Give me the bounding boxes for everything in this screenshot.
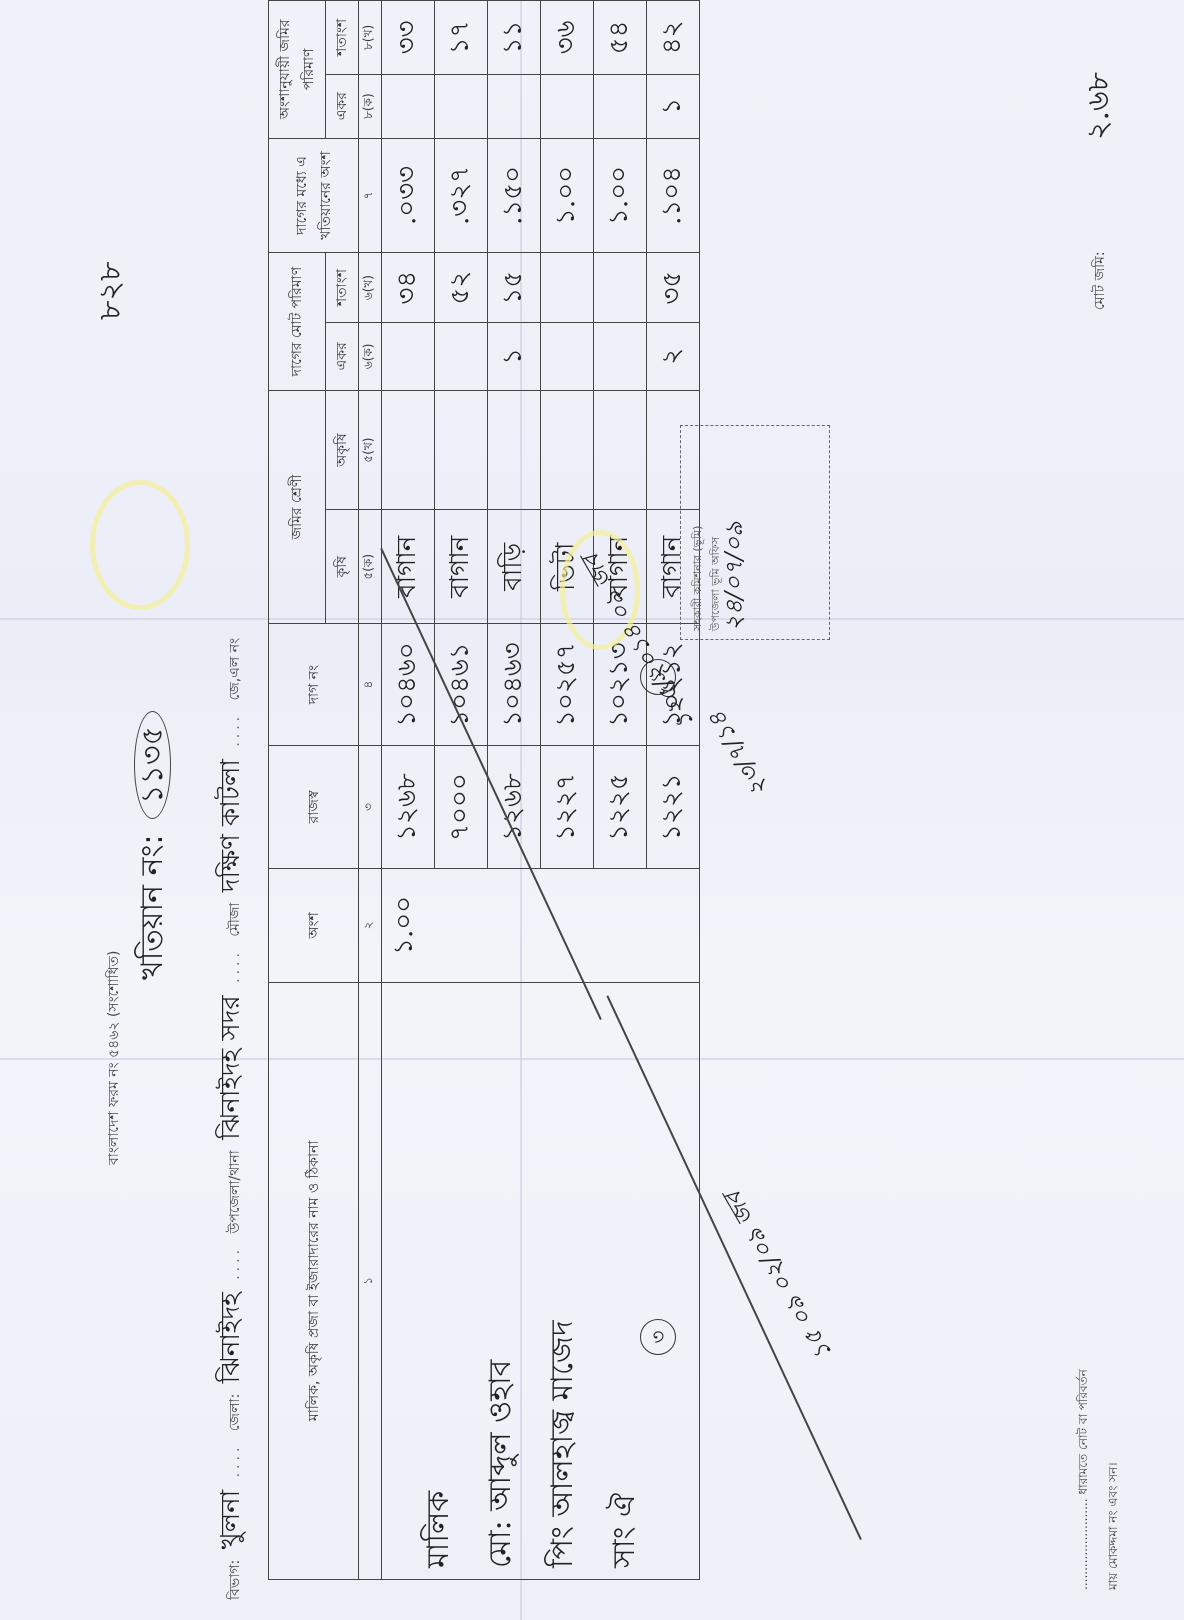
cell-shatak	[541, 253, 594, 322]
cell-portion: .০৩৩	[382, 138, 435, 253]
district-label: জেলা:	[227, 1394, 243, 1431]
header-acre-2: একর	[326, 74, 359, 138]
cell-revenue: ১২২৭	[541, 745, 594, 868]
cell-acre: ১	[488, 322, 541, 390]
cell-portion: .১৫০	[488, 138, 541, 253]
stamp-line: সহকারী কমিশনার (ভূমি)	[689, 434, 707, 631]
share-cell: ১.০০	[382, 869, 700, 982]
handwritten-note: ১৫ ০৯ ০২/০৯ জব	[715, 1182, 845, 1367]
circled-number: ৩	[640, 1319, 676, 1355]
total-label: মোট জমি:	[1088, 251, 1112, 310]
header-acre: একর	[326, 322, 359, 390]
location-line: বিভাগ: খুলনা .... জেলা: ঝিনাইদহ .... উপজ…	[210, 0, 254, 1600]
col-num: ৬(খ)	[359, 253, 382, 322]
cell-revenue: ১২৬৮	[382, 745, 435, 868]
owner-line: মো: আব্দুল ওহাব	[470, 1320, 532, 1568]
cell-akrishi	[488, 390, 541, 510]
cell-shatak: ১৫	[488, 253, 541, 322]
cell-shatak2: ৫৪	[594, 1, 647, 75]
header-portion: দাগের মধ্যে এ খতিয়ানের অংশ	[269, 138, 359, 253]
khatian-label: খতিয়ান নং:	[135, 834, 170, 980]
header-share-land: অংশানুযায়ী জমির পরিমাণ	[269, 1, 326, 139]
cell-revenue: ১২২৫	[594, 745, 647, 868]
cell-portion: .৩২৭	[435, 138, 488, 253]
header-share: অংশ	[269, 869, 359, 982]
cell-akrishi	[382, 390, 435, 510]
cell-shatak2: ১১	[488, 1, 541, 75]
cell-acre	[435, 322, 488, 390]
header-shatak: শতাংশ	[326, 253, 359, 322]
cell-acre2: ১	[647, 74, 700, 138]
cell-shatak: ৩৫	[647, 253, 700, 322]
col-num: ৫(ক)	[359, 510, 382, 624]
col-num: ৩	[359, 745, 382, 868]
cell-portion: ১.০০	[594, 138, 647, 253]
khatian-number: ১১৩৫	[134, 711, 171, 819]
cell-acre	[382, 322, 435, 390]
cell-portion: ১.০০	[541, 138, 594, 253]
cell-class: বাড়ি	[488, 510, 541, 624]
handwritten-note: ২৩/৭/১৪	[699, 702, 781, 804]
col-num: ১	[359, 982, 382, 1579]
header-akrishi: অকৃষি	[326, 390, 359, 510]
header-plot-total: দাগের মোট পরিমাণ	[269, 253, 326, 390]
col-num: ৪	[359, 624, 382, 746]
owner-details: মালিক মো: আব্দুল ওহাব পিং আলহাজ্ব মাজেদ …	[408, 1320, 656, 1568]
header-land-class: জমির শ্রেণী	[269, 390, 326, 623]
cell-shatak2: ৩৩	[382, 1, 435, 75]
header-revenue: রাজস্ব	[269, 745, 359, 868]
col-num: ৮(ক)	[359, 74, 382, 138]
cell-acre	[541, 322, 594, 390]
col-num: ৭	[359, 138, 382, 253]
cell-acre2	[382, 74, 435, 138]
office-stamp: সহকারী কমিশনার (ভূমি) উপজেলা ভূমি অফিস ২…	[680, 425, 830, 640]
cell-class: বাগান	[435, 510, 488, 624]
header-krishi: কৃষি	[326, 510, 359, 624]
cell-revenue: ১২২১	[647, 745, 700, 868]
khatian-document: বাংলাদেশ ফরম নং ৫৪৬২ (সংশোধিত) খতিয়ান ন…	[0, 0, 1184, 1620]
owner-line: মালিক	[408, 1320, 470, 1568]
cell-revenue: ৭০০০	[435, 745, 488, 868]
cell-shatak	[594, 253, 647, 322]
division-label: বিভাগ:	[227, 1560, 243, 1600]
cell-akrishi	[594, 390, 647, 510]
jl-label: জে,এল নং	[227, 638, 243, 701]
header-owner: মালিক, অকৃষি প্রজা বা ইজারাদারের নাম ও ঠ…	[269, 982, 359, 1579]
khatian-title: খতিয়ান নং: ১১৩৫	[128, 711, 179, 980]
footer-note: ........................ ধারামতে নোট বা …	[1075, 1369, 1095, 1590]
circled-number: ১	[640, 659, 676, 695]
cell-akrishi	[541, 390, 594, 510]
footer-note: মায় মোকদ্দমা নং এবং সন।	[1105, 1462, 1125, 1590]
cell-akrishi	[435, 390, 488, 510]
district-value: ঝিনাইদহ	[216, 1292, 246, 1383]
cell-shatak: ৫২	[435, 253, 488, 322]
column-number-row: ১ ২ ৩ ৪ ৫(ক) ৫(খ) ৬(ক) ৬(খ) ৭ ৮(ক) ৮(খ)	[359, 1, 382, 1580]
col-num: ৫(খ)	[359, 390, 382, 510]
sheet-number: ৮২৮	[86, 262, 137, 320]
stamp-signature: ২৪/০৭/০৯	[725, 434, 743, 631]
owner-line: সাং ঐ	[594, 1320, 656, 1568]
cell-acre2	[541, 74, 594, 138]
col-num: ৬(ক)	[359, 322, 382, 390]
cell-portion: .১০৪	[647, 138, 700, 253]
cell-shatak2: ৩৬	[541, 1, 594, 75]
cell-shatak: ৩৪	[382, 253, 435, 322]
cell-plot: ১০৪৬৩	[488, 624, 541, 746]
division-value: খুলনা	[216, 1490, 246, 1550]
cell-shatak2: ৪২	[647, 1, 700, 75]
cell-plot: ১০৪৬১	[435, 624, 488, 746]
total-value: ২.৬৮	[1074, 72, 1125, 140]
upazila-label: উপজেলা/থানা	[227, 1150, 243, 1233]
sheet-number-value: ৮২৮	[93, 262, 128, 320]
cell-revenue: ১২৬৮	[488, 745, 541, 868]
header-plot-no: দাগ নং	[269, 624, 359, 746]
cell-acre2	[435, 74, 488, 138]
form-number: বাংলাদেশ ফরম নং ৫৪৬২ (সংশোধিত)	[102, 951, 126, 1165]
cell-plot: ১০৪৬০	[382, 624, 435, 746]
owner-line: পিং আলহাজ্ব মাজেদ	[532, 1320, 594, 1568]
col-num: ২	[359, 869, 382, 982]
col-num: ৮(খ)	[359, 1, 382, 75]
highlight-mark	[90, 480, 190, 610]
mouza-value: দক্ষিণ কাটলা	[216, 759, 246, 892]
mouza-label: মৌজা	[227, 903, 243, 937]
cell-shatak2: ১৭	[435, 1, 488, 75]
header-shatak-2: শতাংশ	[326, 1, 359, 75]
cell-acre2	[488, 74, 541, 138]
cell-acre: ২	[647, 322, 700, 390]
upazila-value: ঝিনাইদহ সদর	[216, 995, 246, 1139]
cell-acre2	[594, 74, 647, 138]
cell-acre	[594, 322, 647, 390]
